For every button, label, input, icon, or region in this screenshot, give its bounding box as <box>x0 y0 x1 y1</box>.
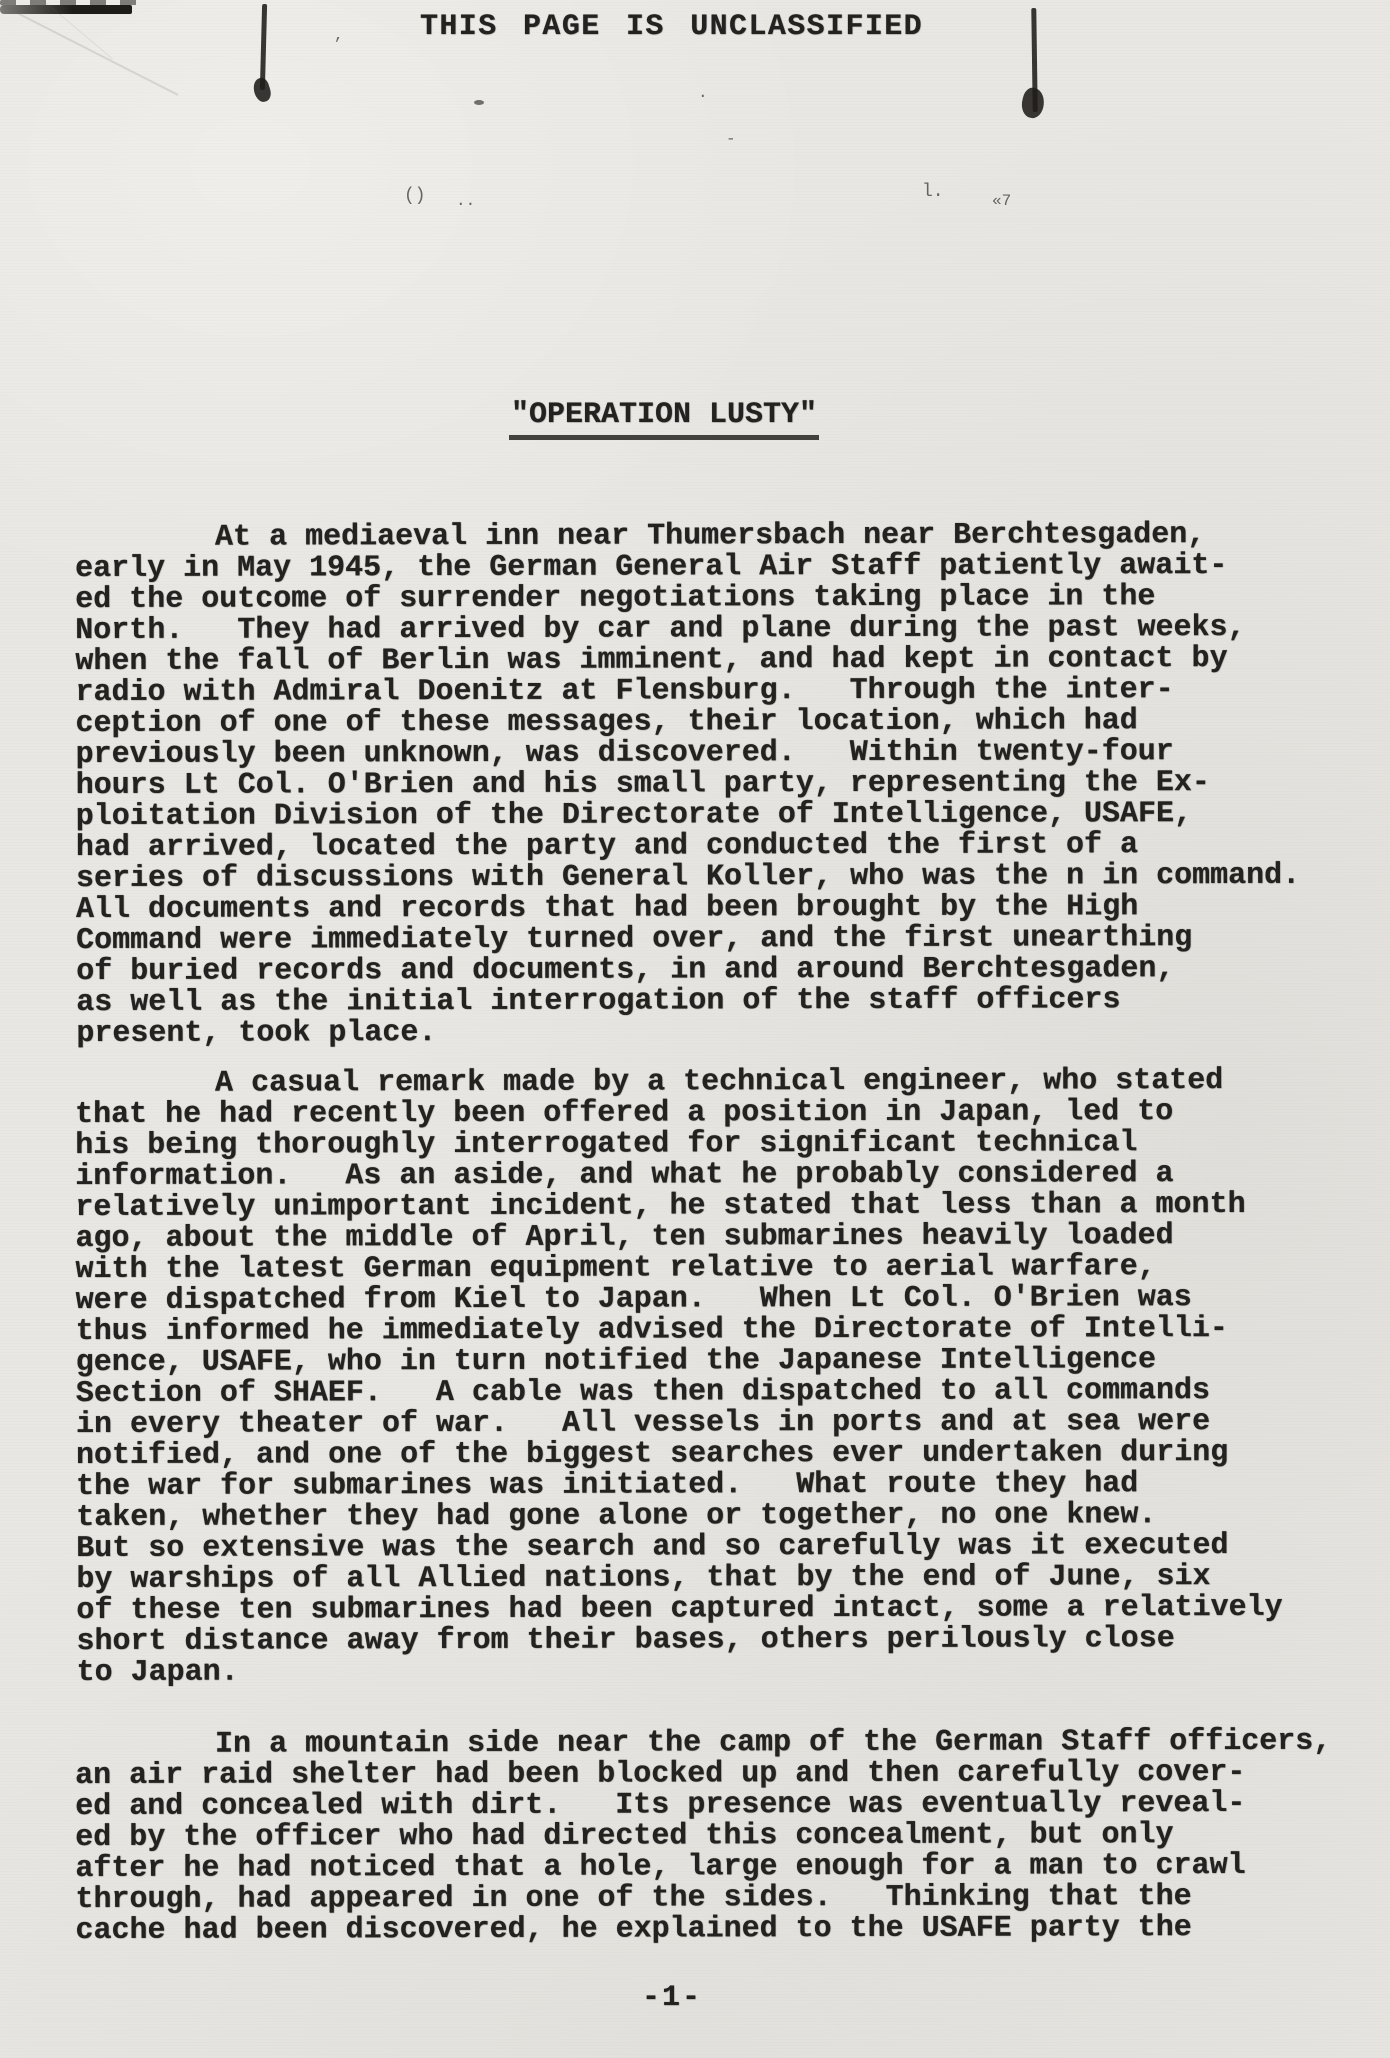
crop-mark-left-dot <box>474 100 484 105</box>
smudge-mark: () <box>404 186 426 206</box>
crop-mark-right-corner-blob <box>1019 86 1048 120</box>
text-line: to Japan. <box>77 1655 1283 1689</box>
crop-mark-left-corner-blob <box>251 76 274 104</box>
smudge-mark: , <box>334 26 344 44</box>
scan-crease <box>0 0 178 96</box>
paragraph-1: At a mediaeval inn near Thumersbach near… <box>75 520 1301 1050</box>
smudge-mark: . <box>698 84 708 102</box>
crop-mark-left-dashes <box>0 0 145 5</box>
classification-banner: THIS PAGE IS UNCLASSIFIED <box>420 10 923 44</box>
scanned-document-page: THIS PAGE IS UNCLASSIFIED () .. - l. «7 … <box>0 0 1390 2058</box>
smudge-mark: .. <box>456 192 475 210</box>
text-line: as well as the initial interrogation of … <box>76 985 1300 1019</box>
smudge-mark: l. <box>922 182 944 202</box>
smudge-mark: - <box>726 130 736 148</box>
text-line: cache had been discovered, he explained … <box>75 1913 1331 1947</box>
crop-mark-right-horizontal-line <box>0 5 132 14</box>
paragraph-3: In a mountain side near the camp of the … <box>75 1727 1332 1947</box>
text-line: present, took place. <box>76 1016 1300 1050</box>
document-title: "OPERATION LUSTY" <box>509 398 819 440</box>
text-line: short distance away from their bases, ot… <box>76 1624 1282 1658</box>
paragraph-2: A casual remark made by a technical engi… <box>75 1066 1283 1689</box>
smudge-mark: «7 <box>992 192 1011 210</box>
page-number: -1- <box>642 1982 702 2014</box>
